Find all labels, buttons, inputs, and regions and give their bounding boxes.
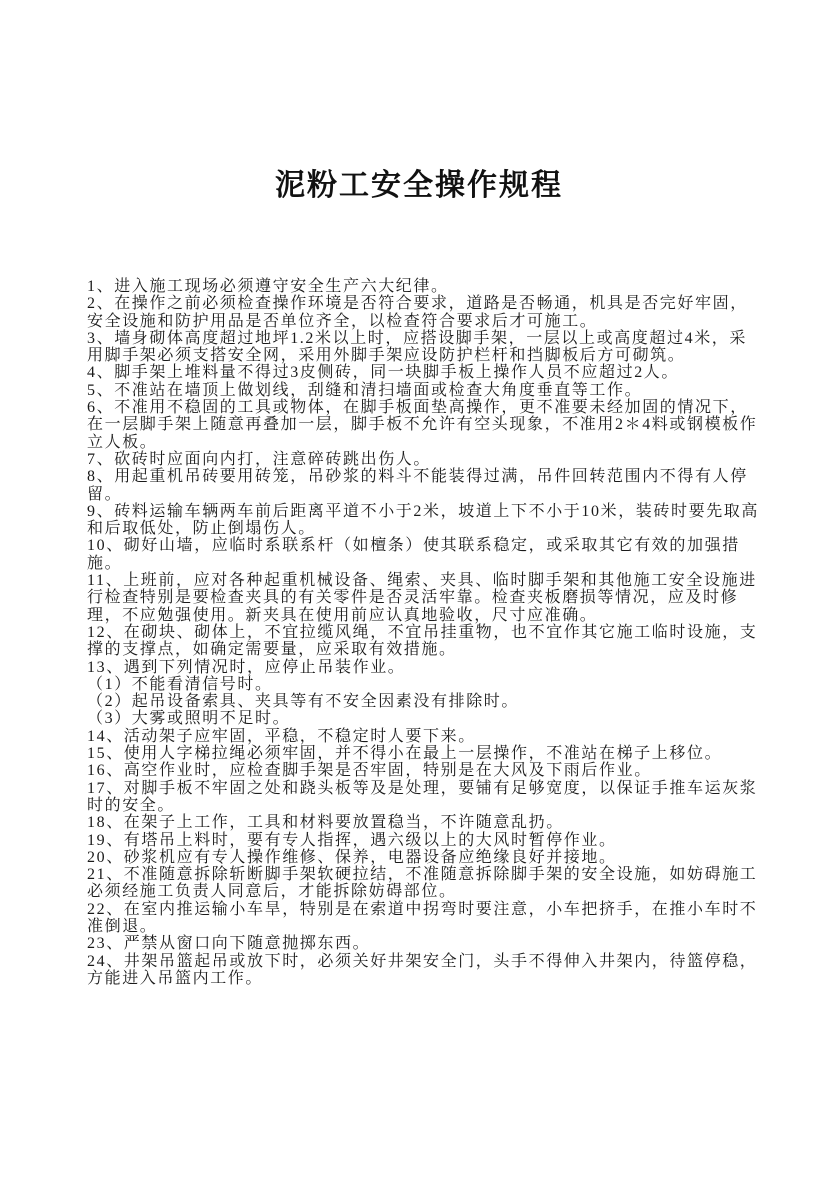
procedure-paragraph: 5、不准站在墙顶上做划线，刮缝和清扫墙面或检查大角度垂直等工作。: [87, 382, 763, 399]
document-page: 泥粉工安全操作规程 1、进入施工现场必须遵守安全生产六大纪律。 2、在操作之前必…: [0, 0, 838, 1186]
procedure-paragraph: 9、砖料运输车辆两车前后距离平道不小于2米，坡道上下不小于10米，装砖时要先取高…: [87, 503, 763, 538]
procedure-subitem: （2）起吊设备索具、夹具等有不安全因素没有排除时。: [87, 693, 763, 710]
procedure-paragraph: 1、进入施工现场必须遵守安全生产六大纪律。: [87, 278, 763, 295]
procedure-paragraph: 17、对脚手板不牢固之处和跷头板等及是处理，要铺有足够宽度，以保证手推车运灰浆时…: [87, 780, 763, 815]
procedure-paragraph: 21、不准随意拆除斩断脚手架软硬拉结，不准随意拆除脚手架的安全设施，如妨碍施工必…: [87, 866, 763, 901]
procedure-subitem: （3）大雾或照明不足时。: [87, 710, 763, 727]
document-title: 泥粉工安全操作规程: [0, 160, 838, 204]
procedure-paragraph: 16、高空作业时，应检查脚手架是否牢固，特别是在大风及下雨后作业。: [87, 762, 763, 779]
procedure-paragraph: 10、砌好山墙，应临时系联系杆（如檀条）使其联系稳定，或采取其它有效的加强措施。: [87, 537, 763, 572]
procedure-paragraph: 8、用起重机吊砖要用砖笼，吊砂浆的料斗不能装得过满，吊件回转范围内不得有人停留。: [87, 468, 763, 503]
procedure-paragraph: 3、墙身砌体高度超过地坪1.2米以上时，应搭设脚手架，一层以上或高度超过4米，采…: [87, 330, 763, 365]
procedure-paragraph: 12、在砌块、砌体上，不宜拉缆风绳，不宜吊挂重物，也不宜作其它施工临时设施，支撑…: [87, 624, 763, 659]
procedure-paragraph: 19、有塔吊上料时，要有专人指挥，遇六级以上的大风时暂停作业。: [87, 832, 763, 849]
procedure-paragraph: 2、在操作之前必须检查操作环境是否符合要求，道路是否畅通，机具是否完好牢固，安全…: [87, 295, 763, 330]
procedure-paragraph: 11、上班前，应对各种起重机械设备、绳索、夹具、临时脚手架和其他施工安全设施进行…: [87, 572, 763, 624]
procedure-paragraph: 4、脚手架上堆料量不得过3皮侧砖，同一块脚手板上操作人员不应超过2人。: [87, 364, 763, 381]
procedure-subitem: （1）不能看清信号时。: [87, 676, 763, 693]
procedure-paragraph: 20、砂浆机应有专人操作维修、保养，电器设备应绝缘良好并接地。: [87, 849, 763, 866]
procedure-paragraph: 18、在架子上工作，工具和材料要放置稳当，不许随意乱扔。: [87, 814, 763, 831]
procedure-paragraph: 6、不准用不稳固的工具或物体，在脚手板面垫高操作，更不准要未经加固的情况下，在一…: [87, 399, 763, 451]
document-body: 1、进入施工现场必须遵守安全生产六大纪律。 2、在操作之前必须检查操作环境是否符…: [87, 278, 763, 987]
procedure-paragraph: 7、砍砖时应面向内打，注意碎砖跳出伤人。: [87, 451, 763, 468]
procedure-paragraph: 23、严禁从窗口向下随意抛掷东西。: [87, 935, 763, 952]
procedure-paragraph: 13、遇到下列情况时，应停止吊装作业。: [87, 659, 763, 676]
procedure-paragraph: 22、在室内推运输小车旱，特别是在索道中拐弯时要注意，小车把挤手，在推小车时不准…: [87, 901, 763, 936]
procedure-paragraph: 14、活动架子应牢固，平稳，不稳定时人要下来。: [87, 728, 763, 745]
procedure-paragraph: 15、使用人字梯拉绳必须牢固，并不得小在最上一层操作，不准站在梯子上移位。: [87, 745, 763, 762]
procedure-paragraph: 24、井架吊篮起吊或放下时，必须关好井架安全门，头手不得伸入井架内，待篮停稳，方…: [87, 953, 763, 988]
